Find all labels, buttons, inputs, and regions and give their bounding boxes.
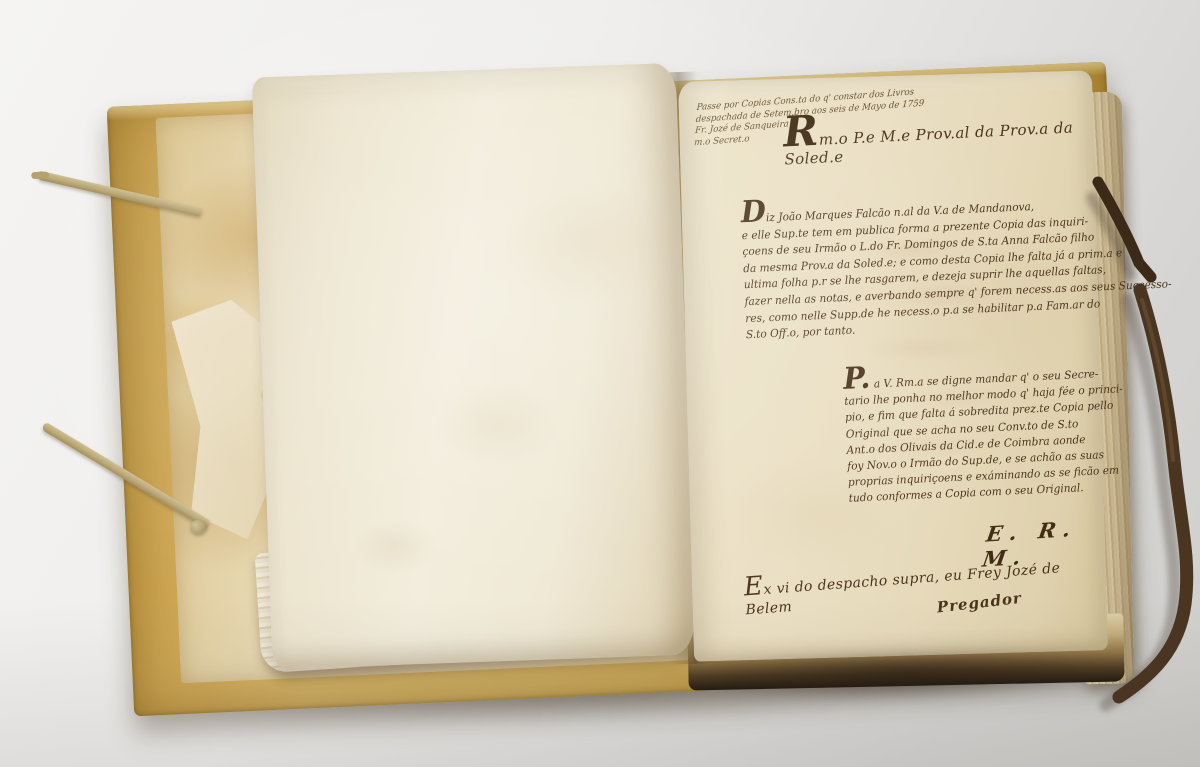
- photo-open-manuscript-book: Passe por Copias Cons.ta do q' constar d…: [0, 0, 1200, 767]
- manuscript-right-page: Passe por Copias Cons.ta do q' constar d…: [678, 70, 1108, 661]
- petition-paragraph-2: P. a V. Rm.a se digne mandar q' o seu Se…: [843, 359, 1139, 508]
- despacho-note: Ex vi do despacho supra, eu Frey Jozé de…: [743, 546, 1107, 618]
- blank-left-page: [252, 63, 696, 669]
- petition-paragraph-1: Diz João Marques Falcão n.al da V.a de M…: [741, 187, 1192, 344]
